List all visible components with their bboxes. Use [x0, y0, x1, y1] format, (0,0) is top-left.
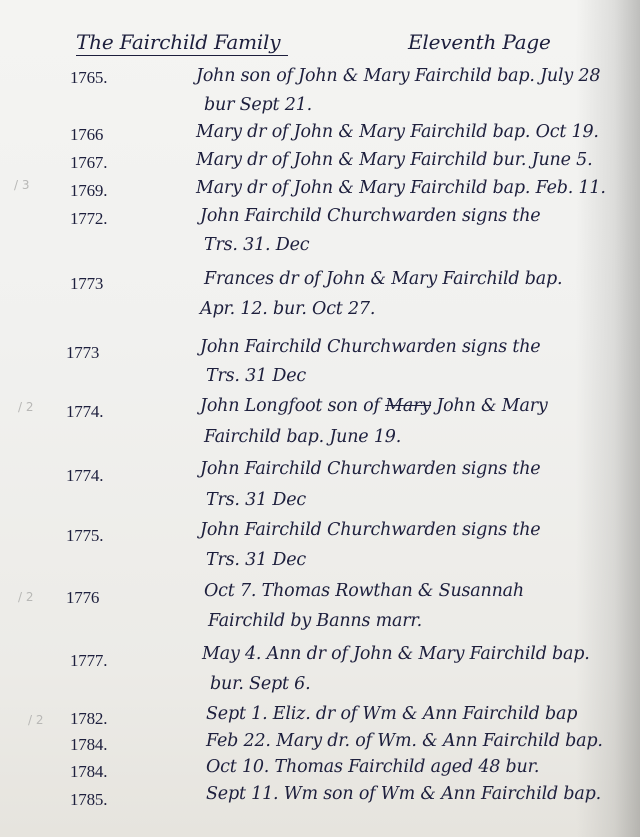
entry-line: Oct 7. Thomas Rowthan & Susannah: [204, 581, 524, 601]
entry-line: John Fairchild Churchwarden signs the: [200, 520, 540, 540]
entry-line: Frances dr of John & Mary Fairchild bap.: [204, 269, 562, 289]
margin-mark: / 3: [14, 178, 30, 192]
entry-year: 1782.: [70, 709, 107, 729]
entry-year: 1773: [66, 343, 99, 363]
page-label: Eleventh Page: [408, 30, 551, 54]
entry-line: bur Sept 21.: [204, 95, 312, 115]
entry-year: 1777.: [70, 651, 107, 671]
entry-year: 1765.: [70, 68, 107, 88]
entry-year: 1772.: [70, 209, 107, 229]
entry-year: 1769.: [70, 181, 107, 201]
entry-year: 1776: [66, 588, 99, 608]
entry-line: Mary dr of John & Mary Fairchild bap. Fe…: [196, 178, 606, 198]
entry-year: 1767.: [70, 153, 107, 173]
entry-text: John Longfoot son of: [200, 396, 380, 416]
entry-line: bur. Sept 6.: [210, 674, 310, 694]
entry-year: 1773: [70, 274, 103, 294]
document-page: The Fairchild Family Eleventh Page / 3 /…: [0, 0, 640, 837]
entry-line: Trs. 31 Dec: [206, 550, 306, 570]
entry-line: Sept 1. Eliz. dr of Wm & Ann Fairchild b…: [206, 704, 577, 724]
entry-year: 1785.: [70, 790, 107, 810]
entry-line: John Fairchild Churchwarden signs the: [200, 206, 540, 226]
entry-year: 1784.: [70, 735, 107, 755]
margin-mark: / 2: [28, 713, 44, 727]
struck-word: Mary: [385, 396, 431, 416]
entry-year: 1784.: [70, 762, 107, 782]
entry-line: Feb 22. Mary dr. of Wm. & Ann Fairchild …: [206, 731, 603, 751]
entry-line: Mary dr of John & Mary Fairchild bur. Ju…: [196, 150, 592, 170]
entry-year: 1774.: [66, 466, 103, 486]
entry-line: Fairchild bap. June 19.: [204, 427, 401, 447]
entry-year: 1766: [70, 125, 103, 145]
entry-line: Trs. 31. Dec: [204, 235, 309, 255]
entry-line: Mary dr of John & Mary Fairchild bap. Oc…: [196, 122, 599, 142]
entry-line: John son of John & Mary Fairchild bap. J…: [196, 66, 600, 86]
entry-line: Oct 10. Thomas Fairchild aged 48 bur.: [206, 757, 539, 777]
page-title: The Fairchild Family: [76, 30, 288, 56]
entry-text: John & Mary: [436, 396, 547, 416]
entry-line: Trs. 31 Dec: [206, 366, 306, 386]
entry-line: Sept 11. Wm son of Wm & Ann Fairchild ba…: [206, 784, 601, 804]
entry-line: John Fairchild Churchwarden signs the: [200, 337, 540, 357]
entry-year: 1774.: [66, 402, 103, 422]
entry-year: 1775.: [66, 526, 103, 546]
margin-mark: / 2: [18, 590, 34, 604]
entry-line: John Longfoot son of Mary John & Mary: [200, 396, 548, 416]
margin-mark: / 2: [18, 400, 34, 414]
entry-line: John Fairchild Churchwarden signs the: [200, 459, 540, 479]
entry-line: Trs. 31 Dec: [206, 490, 306, 510]
entry-line: Apr. 12. bur. Oct 27.: [200, 299, 375, 319]
entry-line: Fairchild by Banns marr.: [208, 611, 422, 631]
entry-line: May 4. Ann dr of John & Mary Fairchild b…: [202, 644, 590, 664]
